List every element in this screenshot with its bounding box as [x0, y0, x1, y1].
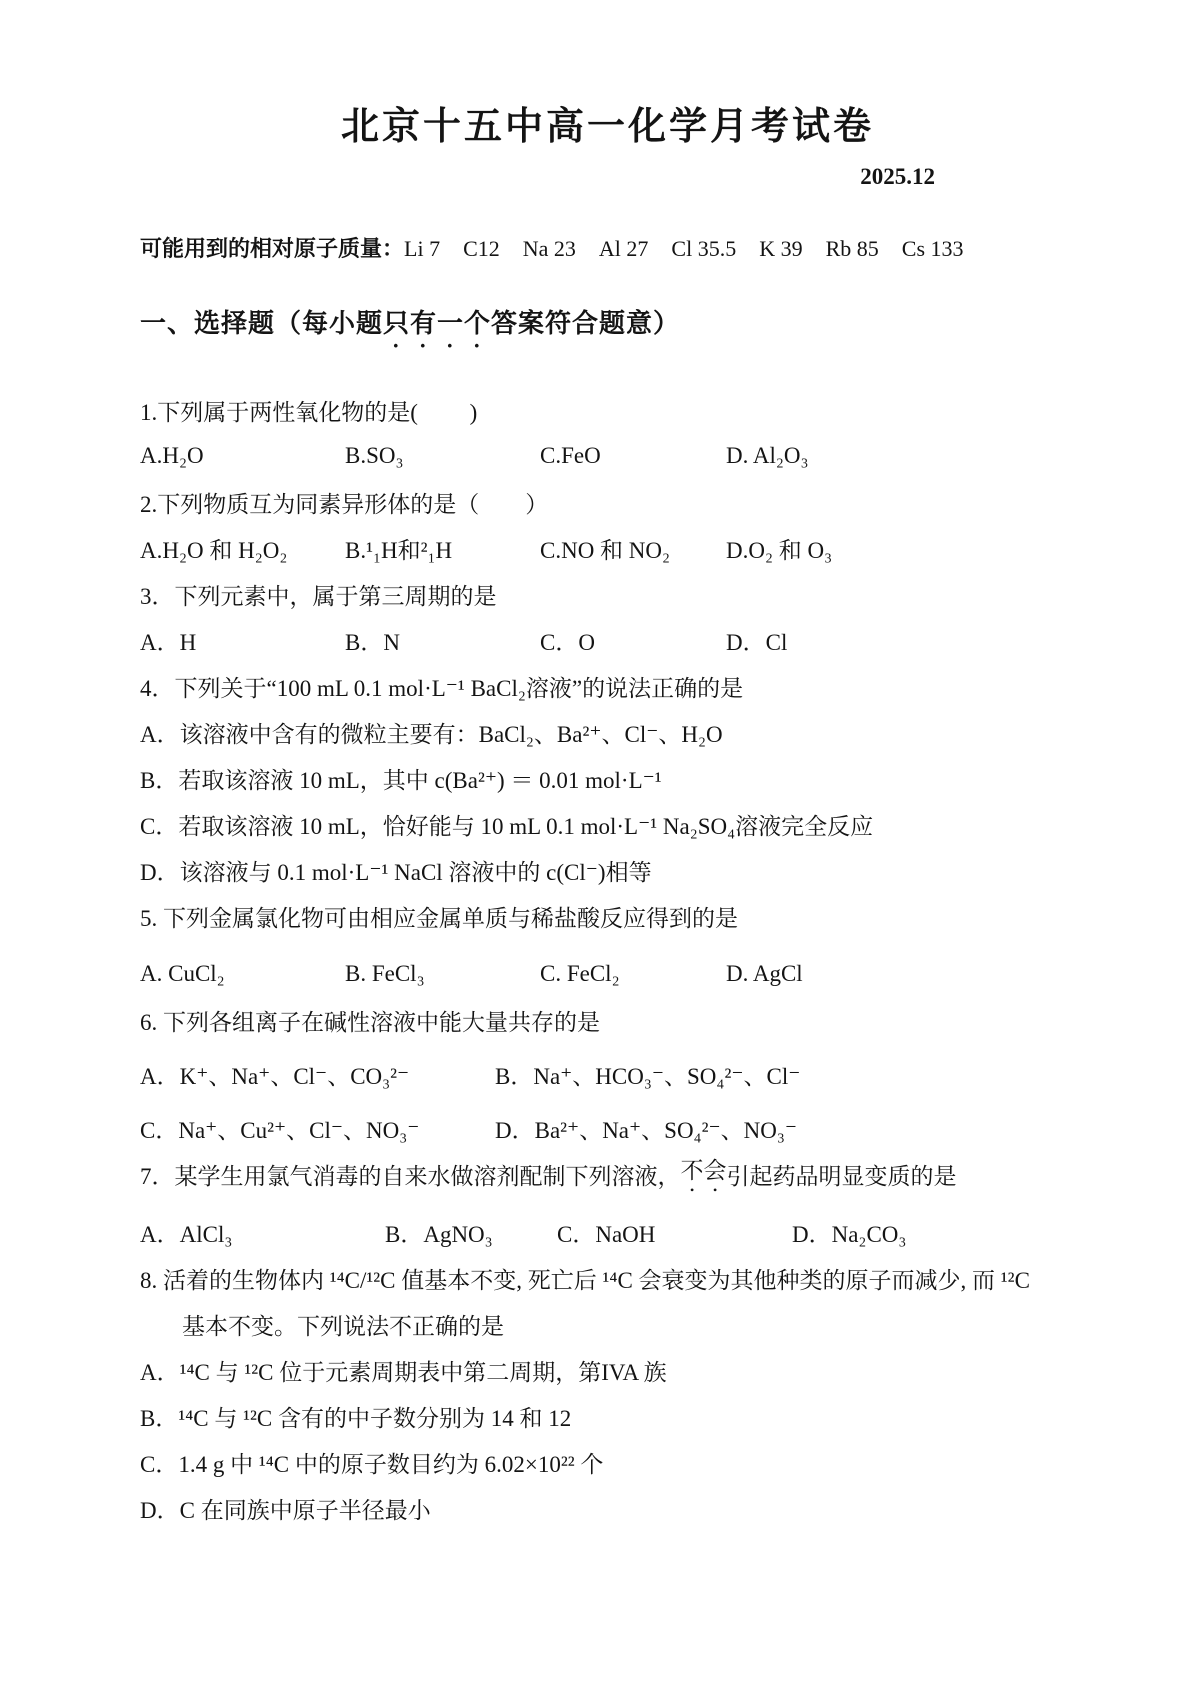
question-stem: 1.下列属于两性氧化物的是( ): [140, 387, 1075, 433]
atomic-mass-value: Na 23: [523, 236, 576, 261]
option-row: C．Na⁺、Cu²⁺、Cl⁻、NO₃⁻D．Ba²⁺、Na⁺、SO₄²⁻、NO₃⁻: [140, 1105, 1075, 1151]
stem-text: 1.下列属于两性氧化物的是( ): [140, 394, 477, 427]
option: A．该溶液中含有的微粒主要有：BaCl₂、Ba²⁺、Cl⁻、H₂O: [140, 709, 1075, 755]
atomic-mass-value: C12: [463, 236, 500, 261]
option: B.SO₃: [345, 443, 540, 469]
page-title: 北京十五中高一化学月考试卷: [140, 0, 1075, 150]
section-heading: 一、选择题（每小题只有一个答案符合题意）: [140, 303, 1075, 353]
option-row: A．AlCl₃B．AgNO₃C．NaOHD．Na₂CO₃: [140, 1209, 1075, 1255]
question-stem: 4．下列关于“100 mL 0.1 mol·L⁻¹ BaCl₂溶液”的说法正确的…: [140, 663, 1075, 709]
stem-text: 5. 下列金属氯化物可由相应金属单质与稀盐酸反应得到的是: [140, 900, 738, 933]
question-stem: 3．下列元素中，属于第三周期的是: [140, 571, 1075, 617]
option: D．该溶液与 0.1 mol·L⁻¹ NaCl 溶液中的 c(Cl⁻)相等: [140, 847, 1075, 893]
question-2: 2.下列物质互为同素异形体的是（ ）A.H₂O 和 H₂O₂B.¹₁H和²₁HC…: [140, 479, 1075, 571]
stem-emphasis: 不会: [681, 1152, 727, 1197]
option: A．¹⁴C 与 ¹²C 位于元素周期表中第二周期，第IVA 族: [140, 1347, 1075, 1393]
option: C．NaOH: [557, 1216, 792, 1249]
stem-text: 基本不变。下列说法不正确的是: [182, 1308, 504, 1341]
option-row: A. CuCl₂B. FeCl₃C. FeCl₂D. AgCl: [140, 951, 1075, 997]
atomic-mass-label: 可能用到的相对原子质量：: [140, 232, 404, 263]
option: B. FeCl₃: [345, 961, 540, 987]
atomic-mass-value: K 39: [759, 236, 802, 261]
option: C. FeCl₂: [540, 961, 726, 987]
stem-text: 3．下列元素中，属于第三周期的是: [140, 578, 497, 611]
option: B．Na⁺、HCO₃⁻、SO₄²⁻、Cl⁻: [495, 1058, 1075, 1091]
option: A.H₂O: [140, 443, 345, 469]
stem-text: 2.下列物质互为同素异形体的是（ ）: [140, 486, 548, 519]
question-stem: 7．某学生用氯气消毒的自来水做溶剂配制下列溶液，不会引起药品明显变质的是: [140, 1151, 1075, 1197]
option: A．H: [140, 624, 345, 657]
option: D. Al₂O₃: [726, 443, 1075, 469]
question-8: 8. 活着的生物体内 ¹⁴C/¹²C 值基本不变, 死亡后 ¹⁴C 会衰变为其他…: [140, 1255, 1075, 1531]
question-7: 7．某学生用氯气消毒的自来水做溶剂配制下列溶液，不会引起药品明显变质的是A．Al…: [140, 1151, 1075, 1255]
stem-text: 8. 活着的生物体内 ¹⁴C/¹²C 值基本不变, 死亡后 ¹⁴C 会衰变为其他…: [140, 1262, 1030, 1295]
option: D. AgCl: [726, 961, 1075, 987]
option: C.FeO: [540, 443, 726, 469]
question-5: 5. 下列金属氯化物可由相应金属单质与稀盐酸反应得到的是A. CuCl₂B. F…: [140, 893, 1075, 997]
option: B．¹⁴C 与 ¹²C 含有的中子数分别为 14 和 12: [140, 1393, 1075, 1439]
option: B．若取该溶液 10 mL，其中 c(Ba²⁺) ＝ 0.01 mol·L⁻¹: [140, 755, 1075, 801]
option: D.O₂ 和 O₃: [726, 532, 1075, 565]
atomic-mass-values: Li 7C12Na 23Al 27Cl 35.5K 39Rb 85Cs 133: [404, 236, 987, 262]
atomic-mass-value: Rb 85: [826, 236, 879, 261]
exam-content: 北京十五中高一化学月考试卷 2025.12 可能用到的相对原子质量： Li 7C…: [0, 0, 1190, 1531]
option: C．Na⁺、Cu²⁺、Cl⁻、NO₃⁻: [140, 1112, 495, 1145]
question-1: 1.下列属于两性氧化物的是( )A.H₂OB.SO₃C.FeOD. Al₂O₃: [140, 387, 1075, 479]
atomic-mass-value: Al 27: [599, 236, 649, 261]
heading-emphasis: 只有一个: [383, 308, 491, 338]
stem-text: 引起药品明显变质的是: [727, 1158, 957, 1191]
question-stem: 6. 下列各组离子在碱性溶液中能大量共存的是: [140, 997, 1075, 1043]
option: D．Na₂CO₃: [792, 1216, 1075, 1249]
exam-page: 北京十五中高一化学月考试卷 2025.12 可能用到的相对原子质量： Li 7C…: [0, 0, 1190, 1682]
option-row: A.H₂OB.SO₃C.FeOD. Al₂O₃: [140, 433, 1075, 479]
atomic-mass-value: Cl 35.5: [671, 236, 736, 261]
option: C．若取该溶液 10 mL，恰好能与 10 mL 0.1 mol·L⁻¹ Na₂…: [140, 801, 1075, 847]
stem-text: 4．下列关于“100 mL 0.1 mol·L⁻¹ BaCl₂溶液”的说法正确的…: [140, 670, 743, 703]
atomic-mass-value: Li 7: [404, 236, 440, 261]
option: A．AlCl₃: [140, 1216, 385, 1249]
option: B．AgNO₃: [385, 1216, 557, 1249]
option: A.H₂O 和 H₂O₂: [140, 532, 345, 565]
question-stem: 8. 活着的生物体内 ¹⁴C/¹²C 值基本不变, 死亡后 ¹⁴C 会衰变为其他…: [140, 1255, 1075, 1301]
option-row: A.H₂O 和 H₂O₂B.¹₁H和²₁HC.NO 和 NO₂D.O₂ 和 O₃: [140, 525, 1075, 571]
option: D．C 在同族中原子半径最小: [140, 1485, 1075, 1531]
stem-text: 6. 下列各组离子在碱性溶液中能大量共存的是: [140, 1004, 600, 1037]
option: A. CuCl₂: [140, 961, 345, 987]
exam-date: 2025.12: [140, 164, 935, 190]
question-stem: 5. 下列金属氯化物可由相应金属单质与稀盐酸反应得到的是: [140, 893, 1075, 939]
questions: 1.下列属于两性氧化物的是( )A.H₂OB.SO₃C.FeOD. Al₂O₃2…: [140, 387, 1075, 1531]
option: C．1.4 g 中 ¹⁴C 中的原子数目约为 6.02×10²² 个: [140, 1439, 1075, 1485]
option: B．N: [345, 624, 540, 657]
question-stem: 基本不变。下列说法不正确的是: [140, 1301, 1075, 1347]
option-row: A．K⁺、Na⁺、Cl⁻、CO₃²⁻B．Na⁺、HCO₃⁻、SO₄²⁻、Cl⁻: [140, 1051, 1075, 1097]
option: A．K⁺、Na⁺、Cl⁻、CO₃²⁻: [140, 1058, 495, 1091]
question-4: 4．下列关于“100 mL 0.1 mol·L⁻¹ BaCl₂溶液”的说法正确的…: [140, 663, 1075, 893]
stem-text: 7．某学生用氯气消毒的自来水做溶剂配制下列溶液，: [140, 1158, 681, 1191]
option: B.¹₁H和²₁H: [345, 532, 540, 565]
question-3: 3．下列元素中，属于第三周期的是A．HB．NC．OD．Cl: [140, 571, 1075, 663]
atomic-mass-value: Cs 133: [902, 236, 964, 261]
heading-text: 答案符合题意）: [491, 308, 680, 338]
option: C．O: [540, 624, 726, 657]
option-row: A．HB．NC．OD．Cl: [140, 617, 1075, 663]
atomic-mass-line: 可能用到的相对原子质量： Li 7C12Na 23Al 27Cl 35.5K 3…: [140, 232, 1075, 263]
question-stem: 2.下列物质互为同素异形体的是（ ）: [140, 479, 1075, 525]
option: D．Ba²⁺、Na⁺、SO₄²⁻、NO₃⁻: [495, 1112, 1075, 1145]
option: C.NO 和 NO₂: [540, 532, 726, 565]
heading-text: 一、选择题（每小题: [140, 308, 383, 338]
question-6: 6. 下列各组离子在碱性溶液中能大量共存的是A．K⁺、Na⁺、Cl⁻、CO₃²⁻…: [140, 997, 1075, 1151]
option: D．Cl: [726, 624, 1075, 657]
